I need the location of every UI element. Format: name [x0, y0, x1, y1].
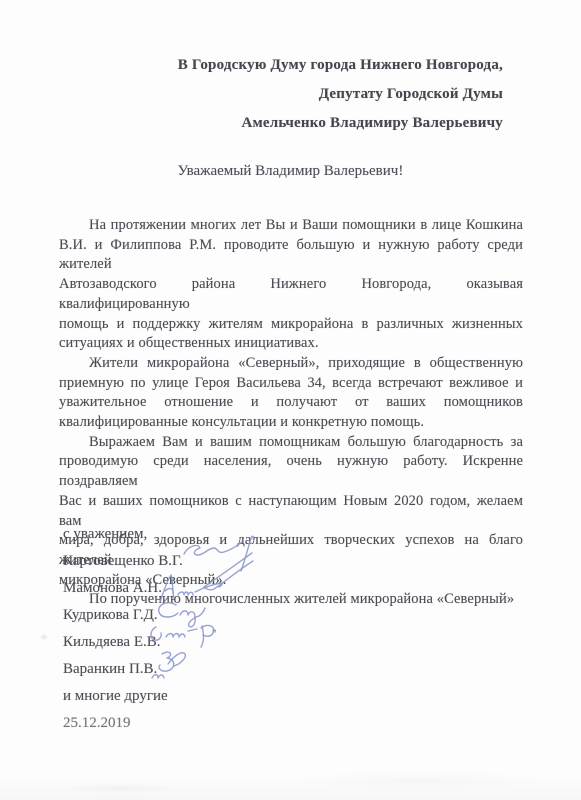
signatory-name: Кудрикова Г.Д.: [63, 602, 183, 629]
letter-line: ситуациях и общественных инициативах.: [59, 334, 523, 354]
letter-line: проводимую среди населения, очень нужную…: [59, 452, 523, 491]
letter-date: 25.12.2019: [63, 710, 183, 737]
salutation: Уважаемый Владимир Валерьевич!: [0, 163, 581, 180]
recipient-line: Депутату Городской Думы: [178, 80, 503, 109]
signature-block: с уважением, Картовещенко В.Г. Мамонова …: [63, 521, 183, 737]
letter-line: уважительное отношение и получают от ваш…: [59, 393, 523, 413]
letter-line: помощь и поддержку жителям микрорайона в…: [59, 315, 523, 335]
paragraph: Жители микрорайона «Северный», приходящи…: [59, 354, 523, 433]
recipient-line: В Городскую Думу города Нижнего Новгород…: [178, 51, 503, 80]
etal-line: и многие другие: [63, 683, 183, 710]
recipient-block: В Городскую Думу города Нижнего Новгород…: [178, 51, 503, 138]
letter-line: На протяжении многих лет Вы и Ваши помощ…: [59, 216, 523, 236]
letter-line: квалифицированные консультации и конкрет…: [59, 413, 523, 433]
letter-line: приемную по улице Героя Васильева 34, вс…: [59, 374, 523, 394]
recipient-line: Амельченко Владимиру Валерьевичу: [178, 109, 503, 138]
signatory-name: Мамонова А.Н.: [63, 575, 183, 602]
scanned-letter-page: В Городскую Думу города Нижнего Новгород…: [0, 0, 581, 800]
signatory-name: Варанкин П.В.: [63, 656, 183, 683]
letter-line: Автозаводского района Нижнего Новгорода,…: [59, 275, 523, 314]
closing-line: с уважением,: [63, 521, 183, 548]
letter-line: Выражаем Вам и вашим помощникам большую …: [59, 433, 523, 453]
letter-line: В.И. и Филиппова Р.М. проводите большую …: [59, 236, 523, 275]
paragraph: На протяжении многих лет Вы и Ваши помощ…: [59, 216, 523, 354]
letter-line: Жители микрорайона «Северный», приходящи…: [59, 354, 523, 374]
signatory-name: Кильдяева Е.В.: [63, 629, 183, 656]
signatory-name: Картовещенко В.Г.: [63, 548, 183, 575]
